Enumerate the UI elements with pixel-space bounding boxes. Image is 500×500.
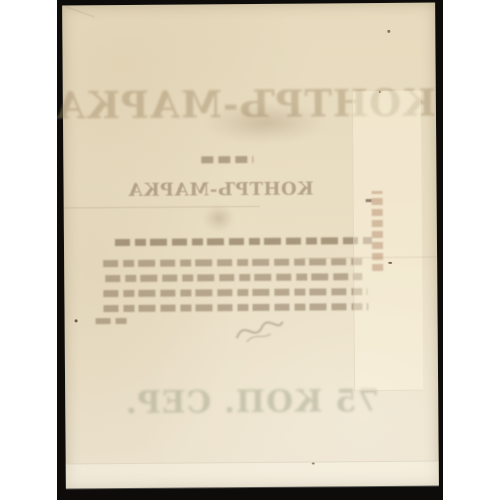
paper-verso: КОНТРЪ-МАРКА КОНТРЪ-МАРКА 75 КОП. СЕР. [62,3,439,489]
paragraph-line [115,237,372,246]
eagle-emblem-smudge [203,101,328,144]
paragraph-line [103,258,365,267]
speck [379,91,381,93]
paragraph-line [103,288,367,297]
speck [387,30,390,33]
small-eagle-emblem-showthrough [203,204,235,232]
date-line-showthrough [201,156,253,163]
bottom-fold-band [66,461,439,490]
annotation-tick [366,199,372,202]
light-band [352,91,423,392]
paragraph-line-short [96,318,130,324]
speck [388,262,392,264]
corner-crease [66,6,95,17]
denomination-showthrough: 75 КОП. СЕР. [127,383,379,421]
paragraph-line [103,303,368,312]
photo-background: КОНТРЪ-МАРКА КОНТРЪ-МАРКА 75 КОП. СЕР. [57,0,443,500]
speck [75,319,78,322]
vertical-annotation-mark [372,191,384,271]
flourish-ornament-showthrough [229,314,289,348]
paragraph-line [105,273,362,282]
medium-title-showthrough: КОНТРЪ-МАРКА [147,179,313,201]
speck [312,463,315,465]
